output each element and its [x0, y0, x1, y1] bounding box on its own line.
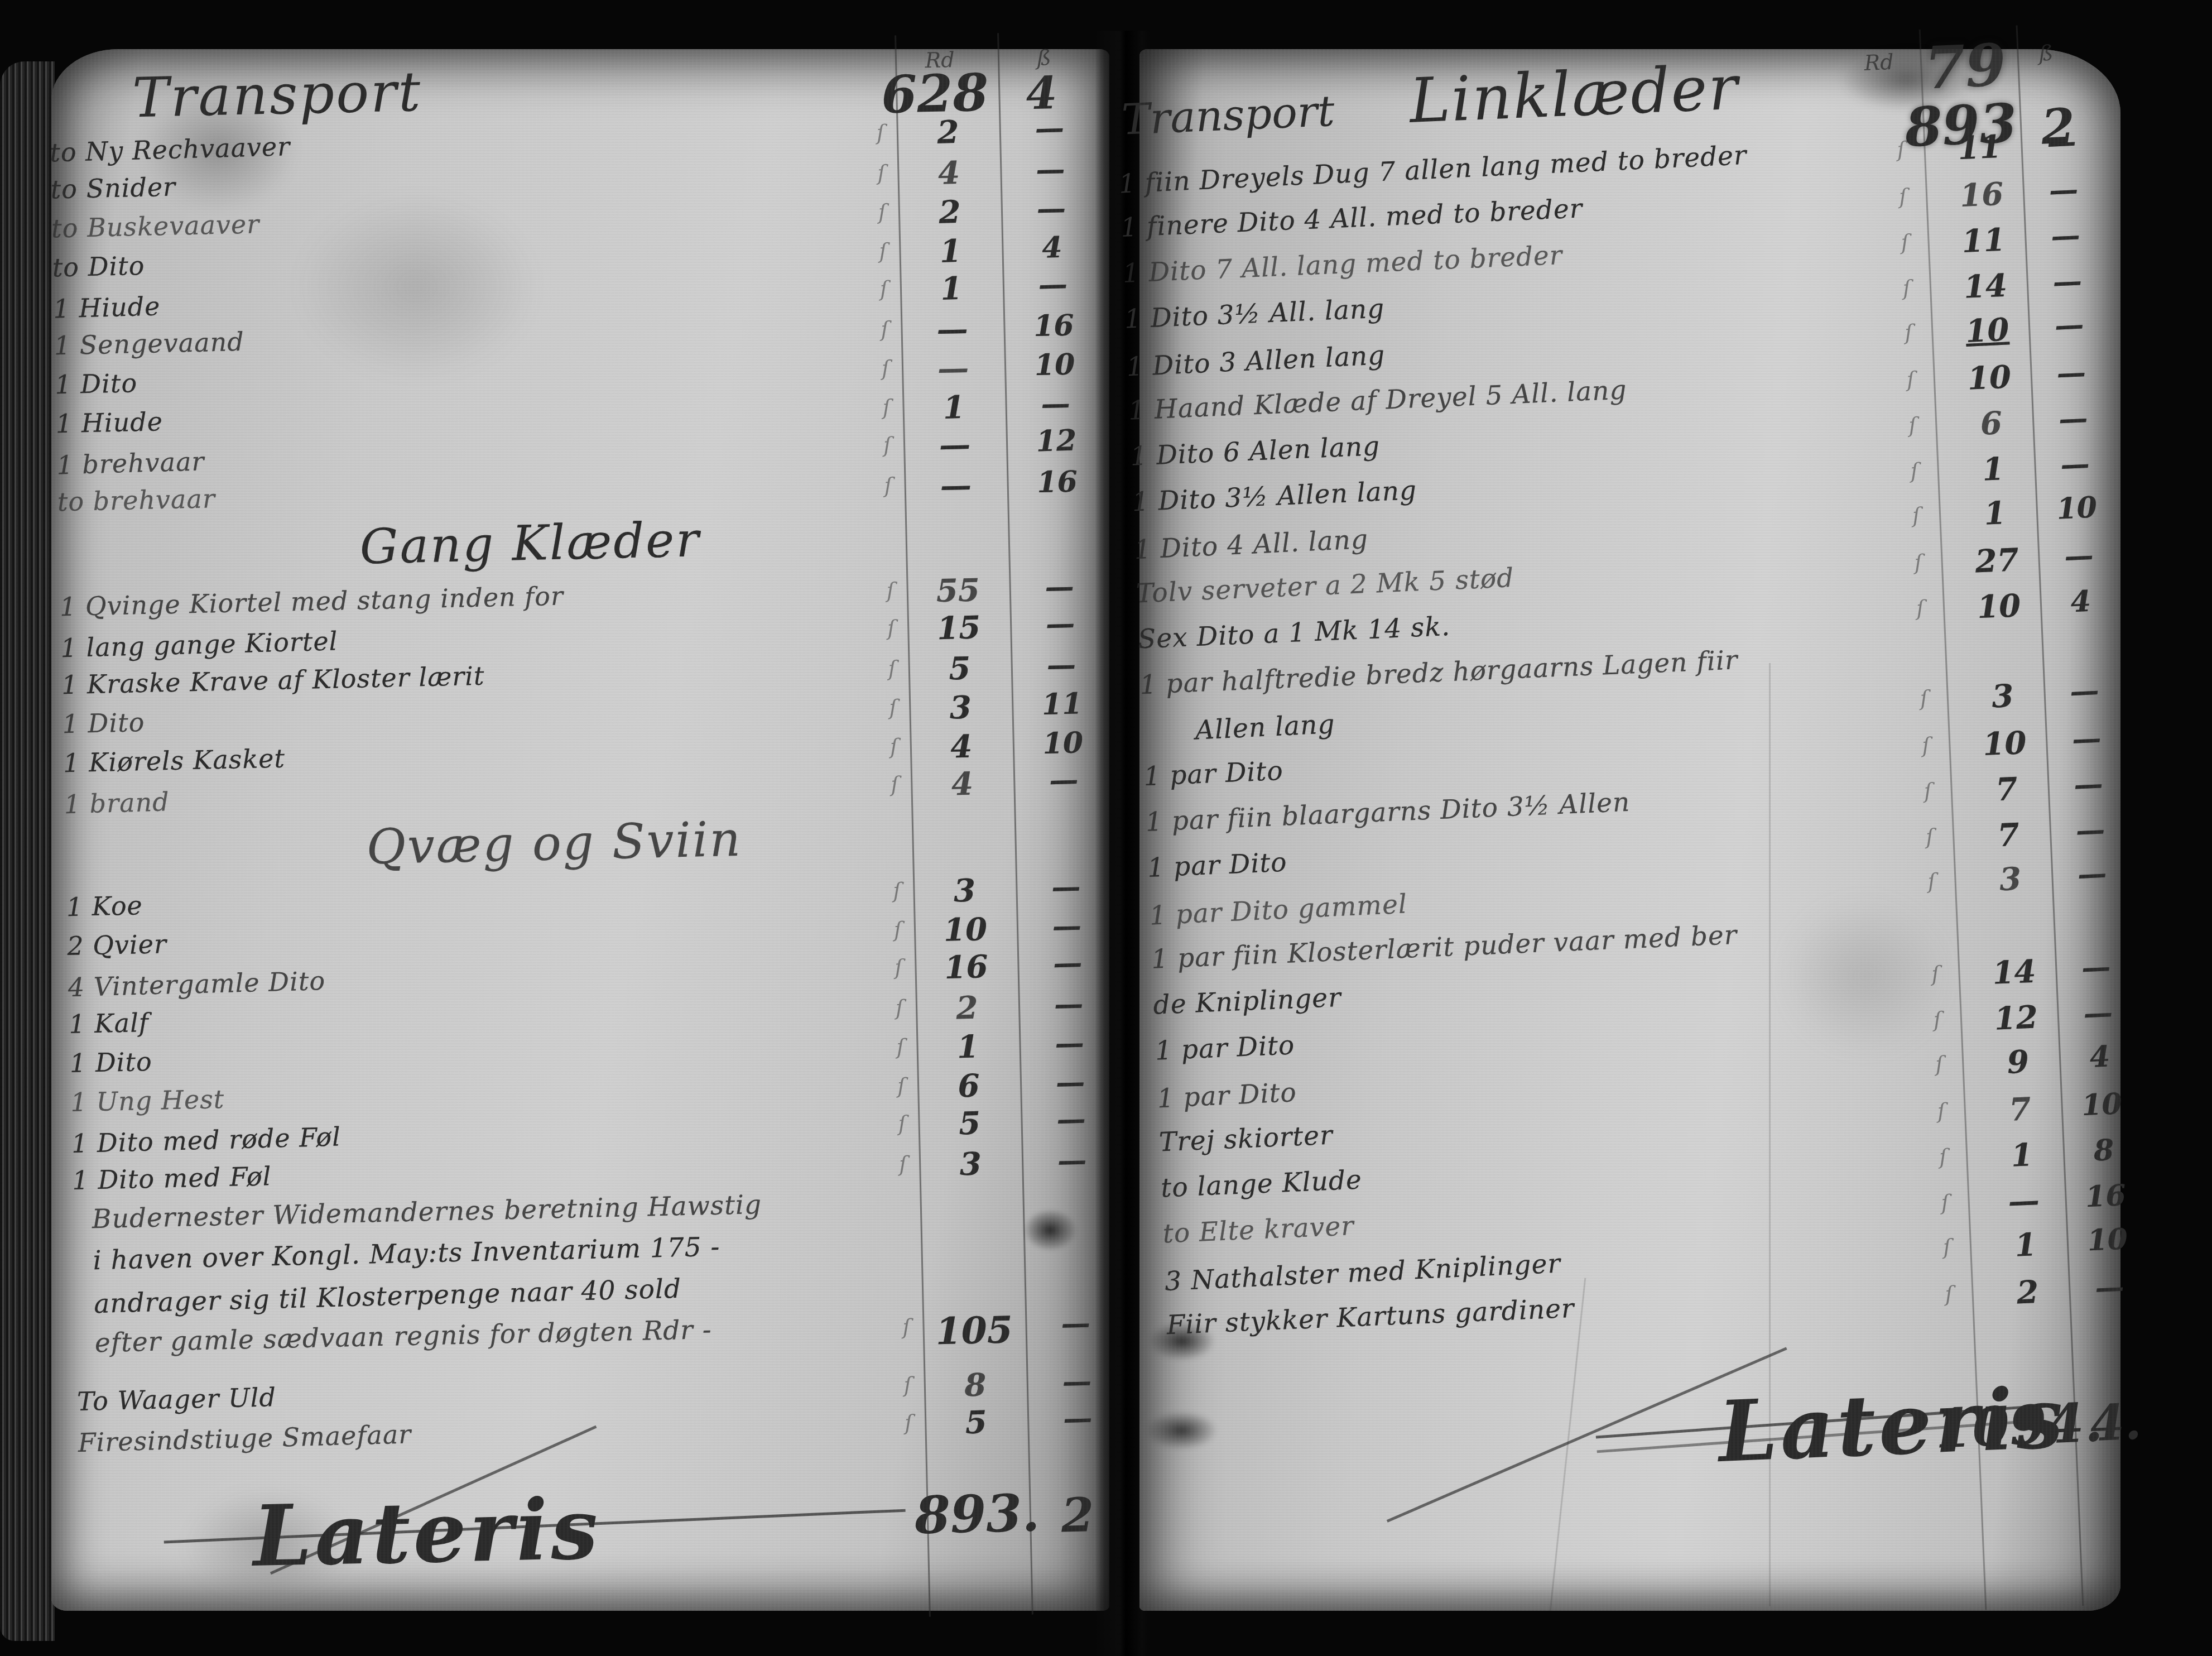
amount-skilling: — [2042, 537, 2115, 574]
separator-flourish: ſ [888, 656, 896, 681]
separator-flourish: ſ [1927, 869, 1936, 894]
amount-skilling: — [2051, 766, 2125, 803]
amount-rigsdaler: 3 [914, 871, 1015, 910]
amount-rigsdaler: 55 [907, 571, 1008, 610]
amount-skilling: 10 [2070, 1221, 2144, 1259]
amount-rigsdaler: 105 [924, 1308, 1025, 1353]
amount-rigsdaler: — [905, 466, 1006, 505]
amount-rigsdaler: 3 [910, 688, 1011, 727]
amount-rigsdaler: 14 [1961, 952, 2067, 993]
entry-text: to Ny Rechvaaver [50, 131, 291, 167]
separator-flourish: ſ [903, 1372, 912, 1397]
amount-skilling: 4 [2063, 1038, 2137, 1076]
amount-rigsdaler: — [902, 310, 1003, 349]
separator-flourish: ſ [1901, 230, 1910, 255]
separator-flourish: ſ [1945, 1281, 1954, 1307]
separator-flourish: ſ [1914, 550, 1923, 575]
amount-skilling: — [1011, 569, 1108, 605]
amount-skilling: — [2025, 124, 2099, 161]
amount-skilling: 16 [2069, 1178, 2142, 1215]
page-number: 79 [1924, 30, 2007, 102]
amount-rigsdaler: 10 [1934, 310, 2041, 352]
separator-flourish: ſ [1937, 1099, 1946, 1124]
separator-flourish: ſ [1897, 137, 1906, 162]
amount-rigsdaler: 4 [898, 153, 999, 193]
separator-flourish: ſ [1912, 503, 1921, 528]
entry-text: 1 Dito med Føl [72, 1161, 272, 1196]
section-heading: Linklæder [1408, 51, 1740, 137]
amount-rigsdaler: 7 [1954, 769, 2060, 810]
amount-rigsdaler: 1 [903, 388, 1004, 427]
amount-skilling: 8 [2067, 1132, 2141, 1169]
amount-rigsdaler: 7 [1967, 1089, 2074, 1130]
amount-rigsdaler: 10 [1936, 357, 2043, 399]
separator-flourish: ſ [877, 161, 886, 185]
amount-rigsdaler: 12 [1963, 997, 2070, 1039]
separator-flourish: ſ [1925, 824, 1934, 849]
entry-text: 4 Vintergamle Dito [68, 966, 325, 1002]
page-heading: Transport [1115, 86, 1335, 145]
separator-flourish: ſ [895, 955, 903, 980]
separator-flourish: ſ [902, 1314, 911, 1339]
separator-flourish: ſ [882, 356, 890, 381]
separator-flourish: ſ [1924, 779, 1932, 804]
entries-list: 1 fiin Dreyels Dug 7 allen lang med to b… [1118, 127, 2131, 1356]
entry-text: 1 Dito [55, 368, 138, 400]
amount-rigsdaler: 11 [1930, 220, 2037, 261]
entry-text: to brehvaar [57, 483, 215, 517]
entry-text: 1 Koe [66, 890, 143, 922]
amount-rigsdaler: 2 [899, 193, 1000, 232]
amount-skilling: 10 [1006, 347, 1103, 383]
lateris-total-rigsdaler: 1094. [1934, 1392, 2065, 1461]
entry-text: 1 Kalf [69, 1007, 150, 1039]
entry-text: 1 Dito [69, 1047, 152, 1078]
entry-text: to Snider [50, 172, 176, 205]
entry-text: 1 Dito [62, 707, 145, 739]
amount-skilling: — [2055, 856, 2129, 893]
amount-rigsdaler: 5 [919, 1104, 1021, 1144]
separator-flourish: ſ [1939, 1144, 1947, 1169]
amount-rigsdaler: 4 [912, 765, 1013, 804]
separator-flourish: ſ [882, 395, 891, 420]
amount-skilling: — [2034, 354, 2108, 391]
amount-rigsdaler: 4 [911, 727, 1012, 766]
amount-skilling: — [2032, 306, 2107, 344]
amount-rigsdaler: 11 [1926, 127, 2033, 169]
amount-skilling: — [2027, 172, 2100, 209]
amount-rigsdaler: 5 [909, 649, 1010, 688]
amount-rigsdaler: — [1970, 1180, 2077, 1222]
entry-text: Trej skiorter [1158, 1120, 1334, 1158]
amount-skilling: — [1003, 190, 1099, 227]
amount-rigsdaler: 6 [1938, 403, 2045, 444]
amount-rigsdaler: 1 [1942, 493, 2048, 535]
amount-skilling: — [2028, 217, 2102, 254]
amount-skilling: — [2061, 995, 2135, 1031]
separator-flourish: ſ [1942, 1235, 1951, 1260]
amount-rigsdaler: 15 [908, 608, 1009, 648]
amount-rigsdaler: 8 [925, 1366, 1026, 1405]
separator-flourish: ſ [883, 433, 891, 457]
separator-flourish: ſ [1933, 1007, 1942, 1033]
amount-rigsdaler: 1 [917, 1028, 1018, 1067]
amount-skilling: — [2047, 673, 2122, 710]
entry-text: 1 Hiude [55, 406, 163, 439]
amount-rigsdaler: 9 [1965, 1041, 2071, 1083]
amount-rigsdaler: 3 [1949, 675, 2056, 717]
entry-text: to Buskevaaver [51, 209, 260, 243]
entry-text: 1 Hiude [53, 291, 161, 324]
separator-flourish: ſ [879, 239, 887, 263]
entry-text: Allen lang [1141, 709, 1336, 748]
separator-flourish: ſ [897, 1073, 906, 1098]
column-header-rigsdaler: Rd [1839, 49, 1918, 76]
separator-flourish: ſ [1898, 184, 1907, 209]
amount-rigsdaler: 2 [916, 988, 1017, 1028]
entry-text: 1 brehvaar [56, 446, 205, 480]
amount-skilling: 10 [2040, 489, 2114, 527]
amount-rigsdaler: 3 [920, 1145, 1021, 1184]
amount-skilling: — [2050, 721, 2123, 757]
amount-skilling: 12 [1008, 423, 1105, 459]
column-header-skilling: ß [2007, 39, 2086, 67]
separator-flourish: ſ [1921, 733, 1930, 758]
entry-text: 1 par Dito [1147, 847, 1287, 884]
lateris-label: Lateris [252, 1480, 602, 1586]
amount-skilling: 16 [1006, 308, 1102, 344]
separator-flourish: ſ [893, 878, 901, 903]
amount-skilling: 10 [2065, 1086, 2138, 1123]
amount-rigsdaler: 10 [915, 910, 1016, 949]
separator-flourish: ſ [889, 695, 897, 720]
separator-flourish: ſ [905, 1410, 913, 1435]
lateris-total-rigsdaler: 893. [914, 1483, 1035, 1546]
amount-rigsdaler: 1 [901, 269, 1002, 309]
amount-rigsdaler: — [902, 349, 1003, 388]
page-heading: Transport [48, 60, 422, 132]
separator-flourish: ſ [879, 276, 888, 301]
separator-flourish: ſ [881, 317, 889, 342]
amount-skilling: — [2054, 812, 2127, 849]
amount-rigsdaler: 27 [1944, 540, 2050, 582]
entries-list: to Ny Rechvaaverſ2—to Sniderſ4—to Buskev… [50, 113, 1119, 1465]
separator-flourish: ſ [884, 473, 892, 498]
amount-skilling: — [2031, 263, 2104, 300]
amount-rigsdaler: 6 [918, 1067, 1019, 1106]
separator-flourish: ſ [896, 1034, 905, 1059]
entry-text: Firesindstiuge Smaefaar [78, 1419, 412, 1458]
entry-text: 1 brand [64, 786, 170, 819]
lateris-total-skilling: 4. [2075, 1391, 2156, 1453]
entry-text: To Waager Uld [77, 1382, 277, 1417]
amount-rigsdaler: 10 [1951, 723, 2058, 765]
amount-rigsdaler: 3 [1957, 858, 2064, 900]
separator-flourish: ſ [1916, 596, 1925, 621]
separator-flourish: ſ [1935, 1052, 1944, 1077]
separator-flourish: ſ [889, 735, 898, 759]
separator-flourish: ſ [1906, 367, 1915, 392]
separator-flourish: ſ [899, 1151, 907, 1176]
amount-rigsdaler: 16 [916, 948, 1017, 987]
separator-flourish: ſ [894, 917, 902, 942]
entry-text: 1 Ung Hest [70, 1084, 225, 1117]
entry-text: 1 lang gange Kiortel [60, 626, 338, 663]
lateris-total-row: Lateris 1094. 4. [1170, 1360, 2139, 1568]
amount-rigsdaler: 2 [1974, 1272, 2081, 1313]
separator-flourish: ſ [878, 200, 887, 224]
amount-rigsdaler: 16 [1929, 174, 2035, 215]
amount-rigsdaler: — [904, 425, 1006, 465]
entry-text: 1 Dito med røde Føl [71, 1121, 341, 1159]
separator-flourish: ſ [887, 616, 896, 640]
separator-flourish: ſ [891, 772, 899, 796]
amount-skilling: — [2059, 949, 2133, 986]
separator-flourish: ſ [1908, 413, 1917, 438]
separator-flourish: ſ [1931, 962, 1940, 987]
entry-text: 1 par Dito [1143, 756, 1283, 792]
separator-flourish: ſ [1941, 1190, 1950, 1215]
entry-text: 1 par Dito [1155, 1030, 1295, 1066]
left-page: Transport Rd ß 628 4 to Ny Rechvaaverſ2—… [51, 49, 1109, 1611]
entry-text: 1 par Dito [1156, 1077, 1297, 1115]
separator-flourish: ſ [898, 1111, 906, 1136]
entry-text: 1 Kiørels Kasket [63, 743, 286, 779]
amount-rigsdaler: 14 [1932, 266, 2039, 307]
right-page: Transport Linklæder 79 Rd ß 893 2 1 fiin… [1139, 49, 2120, 1611]
amount-rigsdaler: 1 [900, 232, 1001, 271]
amount-rigsdaler: 2 [897, 113, 999, 152]
amount-skilling: — [1002, 151, 1099, 188]
entry-text: 1 Sengevaand [54, 327, 244, 361]
amount-skilling: — [1007, 386, 1104, 422]
amount-skilling: — [1001, 110, 1098, 146]
amount-rigsdaler: 5 [925, 1403, 1027, 1442]
separator-flourish: ſ [896, 995, 904, 1020]
separator-flourish: ſ [1910, 459, 1919, 484]
amount-skilling: — [1004, 266, 1102, 303]
amount-rigsdaler: 1 [1940, 449, 2047, 490]
amount-skilling: — [2038, 446, 2112, 483]
amount-rigsdaler: 1 [1973, 1224, 2079, 1266]
amount-skilling: 4 [2044, 583, 2118, 620]
manuscript-spread: Transport Rd ß 628 4 to Ny Rechvaaverſ2—… [0, 0, 2212, 1656]
amount-skilling: 16 [1009, 464, 1105, 500]
amount-skilling: — [2036, 400, 2110, 437]
amount-skilling: — [2072, 1269, 2146, 1306]
amount-rigsdaler: 10 [1946, 586, 2052, 627]
separator-flourish: ſ [876, 120, 884, 145]
amount-skilling: 4 [1004, 229, 1100, 266]
separator-flourish: ſ [1920, 686, 1929, 711]
entry-text: 2 Qvier [67, 929, 167, 961]
amount-skilling: — [1012, 606, 1109, 642]
amount-rigsdaler: 1 [1969, 1135, 2075, 1176]
lateris-total-row: Lateris 893. 2 [79, 1458, 1122, 1649]
separator-flourish: ſ [886, 578, 895, 603]
separator-flourish: ſ [1902, 276, 1911, 301]
amount-rigsdaler: 7 [1955, 814, 2062, 856]
separator-flourish: ſ [1904, 320, 1913, 345]
entry-text: to Dito [52, 251, 145, 283]
